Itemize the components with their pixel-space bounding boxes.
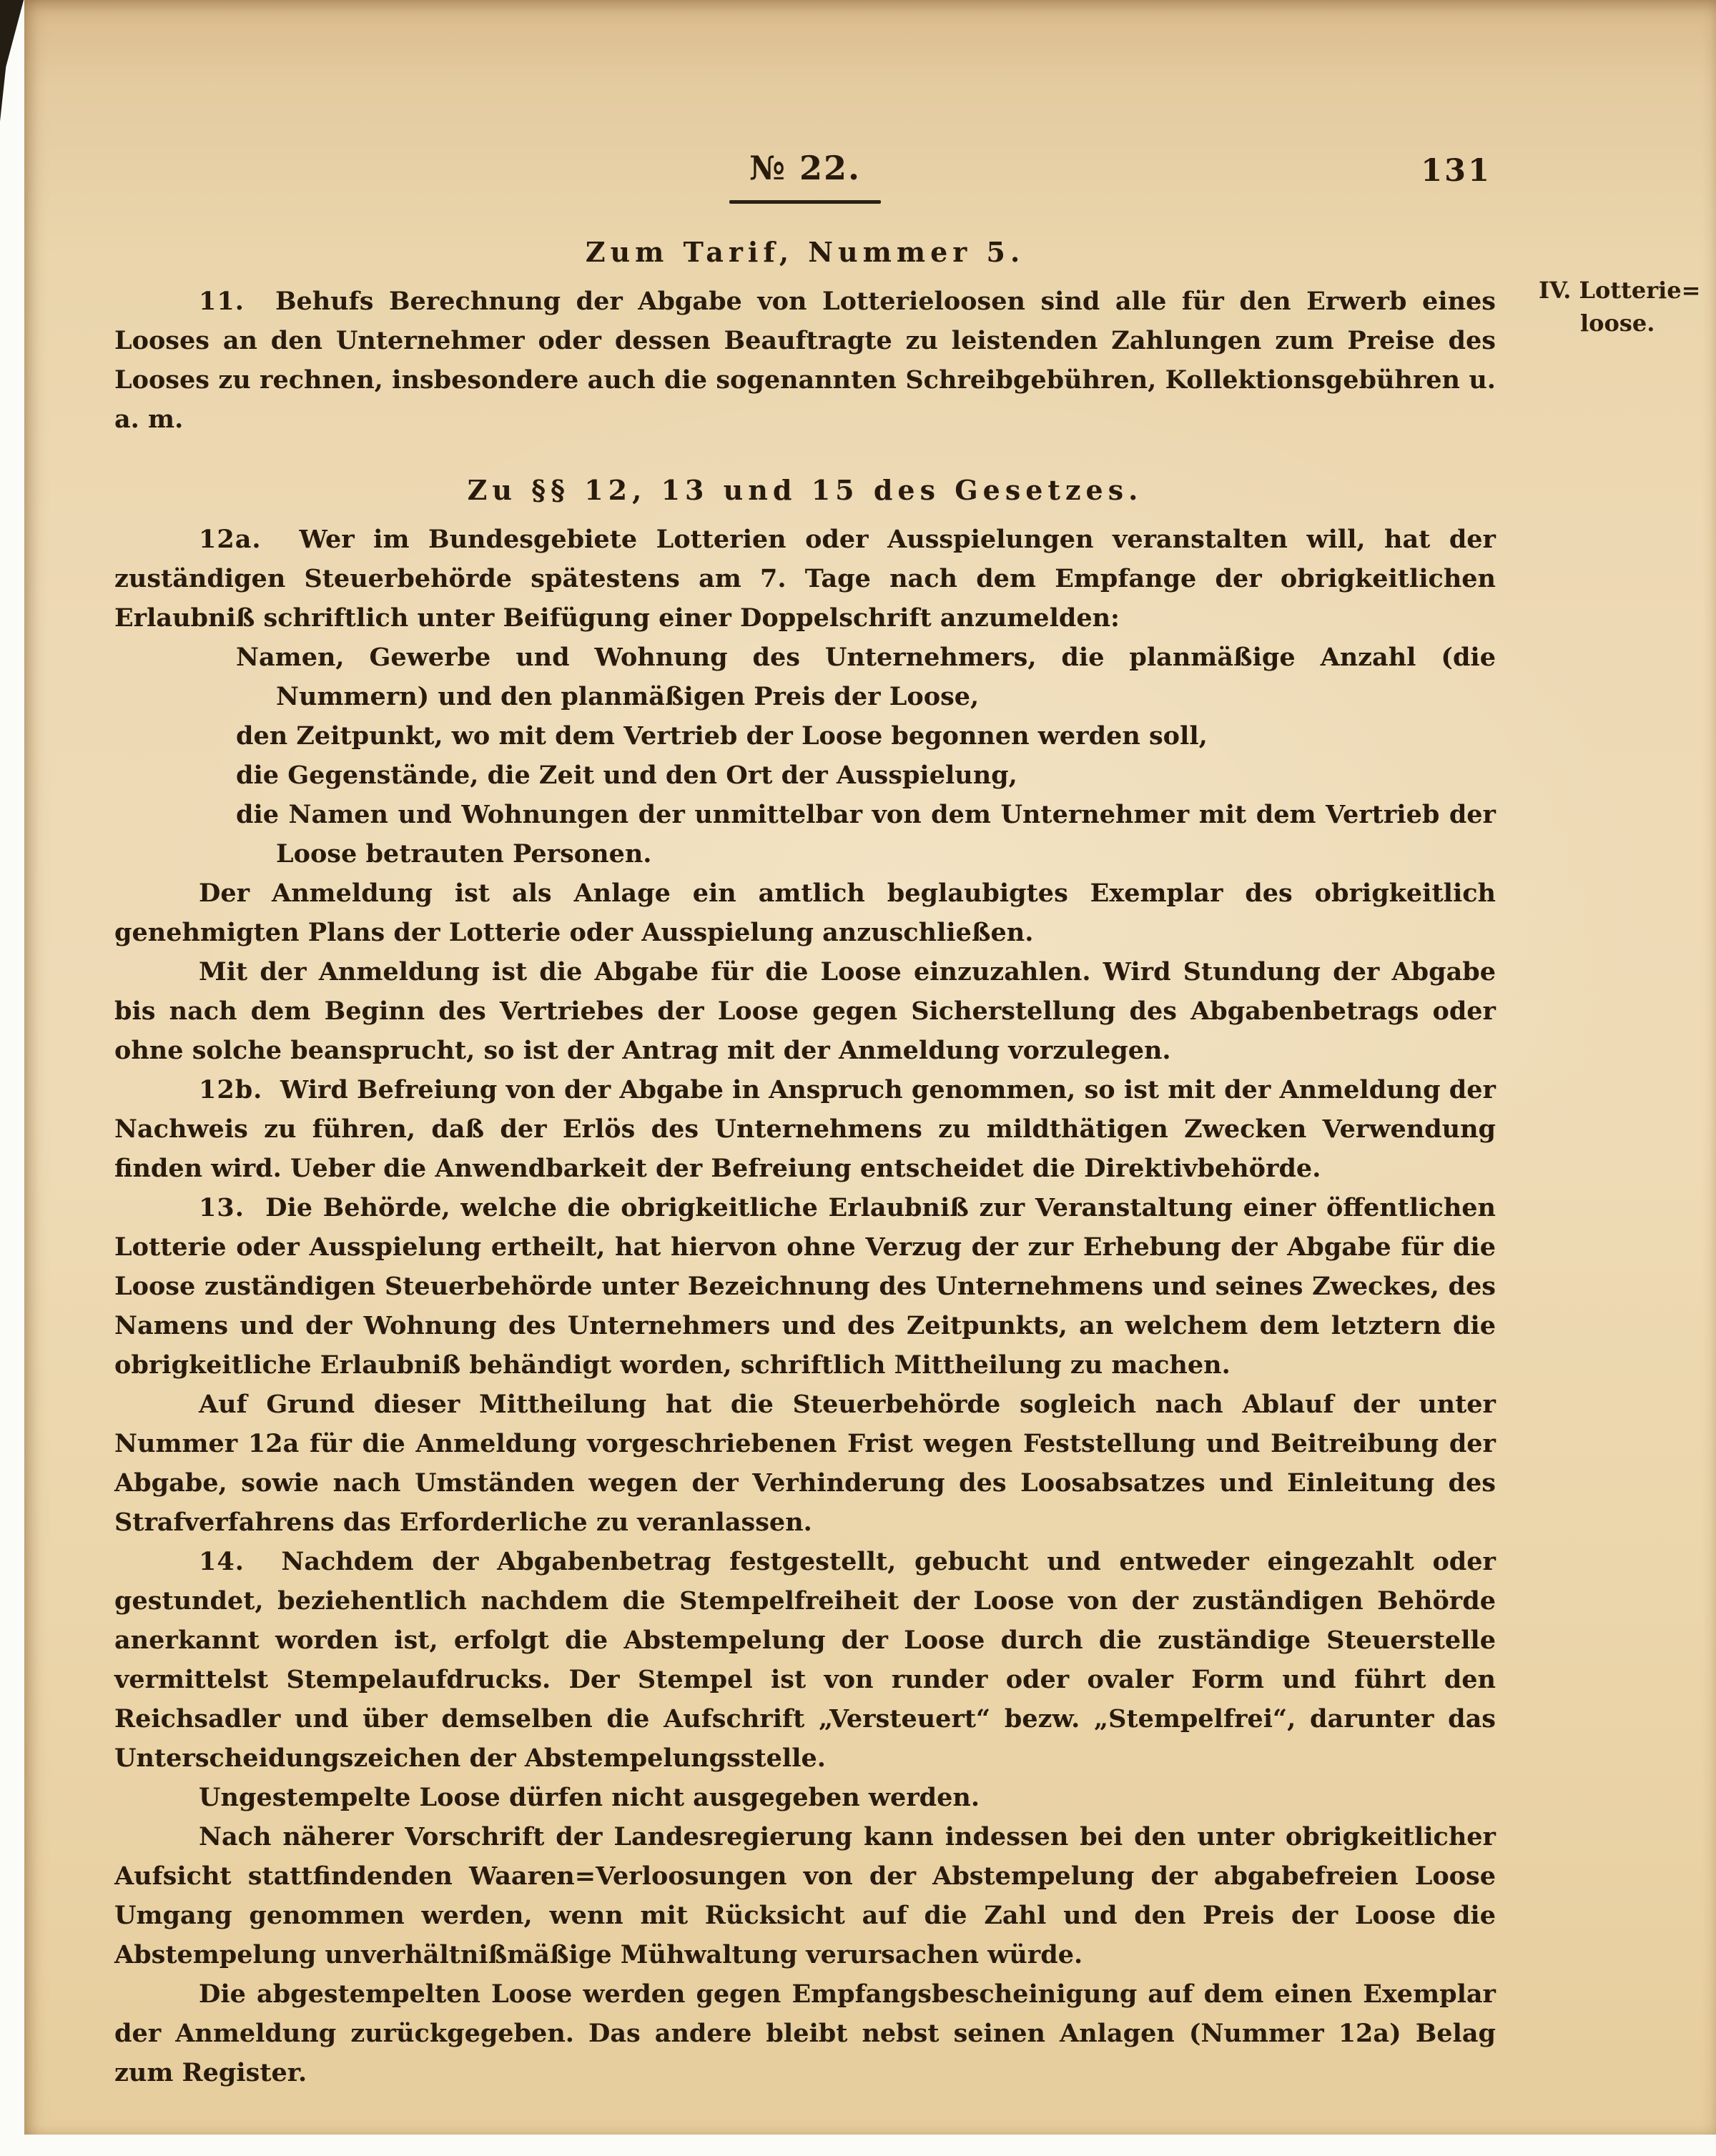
margin-note-line2: loose. <box>1539 307 1710 340</box>
paragraph-ungestempelt: Ungestempelte Loose dürfen nicht ausgege… <box>114 1778 1496 1817</box>
list-item: die Gegenstände, die Zeit und den Ort de… <box>114 756 1496 795</box>
margin-note-lotterieloose: IV. Lotterie= loose. <box>1539 274 1710 340</box>
paragraph-14-number: 14. <box>199 1547 245 1576</box>
paragraph-12a-text: Wer im Bundesgebiete Lotterien oder Auss… <box>114 525 1496 633</box>
paragraph-auf-grund: Auf Grund dieser Mittheilung hat die Ste… <box>114 1385 1496 1542</box>
list-item: die Namen und Wohnungen der unmittelbar … <box>114 795 1496 874</box>
paragraph-12b: 12b. Wird Befreiung von der Abgabe in An… <box>114 1070 1496 1188</box>
section-heading-gesetz: Zu §§ 12, 13 und 15 des Gesetzes. <box>114 470 1496 510</box>
scanned-document-page: IV. Lotterie= loose. № 22. 131 Zum Tarif… <box>0 0 1716 2156</box>
paragraph-11-number: 11. <box>199 287 245 316</box>
paragraph-14: 14. Nachdem der Abgabenbetrag festgestel… <box>114 1542 1496 1778</box>
margin-note-line1: IV. Lotterie= <box>1539 274 1710 307</box>
masthead: № 22. 131 <box>114 149 1496 193</box>
anmeldung-required-items-list: Namen, Gewerbe und Wohnung des Unternehm… <box>114 638 1496 874</box>
paragraph-anlage: Der Anmeldung ist als Anlage ein amtlich… <box>114 874 1496 952</box>
list-item: den Zeitpunkt, wo mit dem Vertrieb der L… <box>114 716 1496 756</box>
paragraph-13: 13. Die Behörde, welche die obrigkeitlic… <box>114 1188 1496 1385</box>
issue-underline-rule <box>729 200 881 204</box>
paragraph-13-number: 13. <box>199 1193 245 1222</box>
paragraph-11-text: Behufs Berechnung der Abgabe von Lotteri… <box>114 287 1496 434</box>
paragraph-12a: 12a. Wer im Bundesgebiete Lotterien oder… <box>114 520 1496 638</box>
page-number: 131 <box>1421 152 1491 191</box>
document-text-block: № 22. 131 Zum Tarif, Nummer 5. 11. Behuf… <box>114 149 1496 2092</box>
paragraph-11: 11. Behufs Berechnung der Abgabe von Lot… <box>114 282 1496 439</box>
section-heading-tarif: Zum Tarif, Nummer 5. <box>114 232 1496 272</box>
paragraph-12a-number: 12a. <box>199 525 262 554</box>
paragraph-12b-number: 12b. <box>199 1075 262 1104</box>
paragraph-ausnahme: Nach näherer Vorschrift der Landesregier… <box>114 1817 1496 1974</box>
paragraph-einzahlung: Mit der Anmeldung ist die Abgabe für die… <box>114 952 1496 1070</box>
list-item: Namen, Gewerbe und Wohnung des Unternehm… <box>114 638 1496 716</box>
issue-number: № 22. <box>114 149 1496 188</box>
paragraph-14-text: Nachdem der Abgabenbetrag festgestellt, … <box>114 1547 1496 1773</box>
paragraph-rueckgabe: Die abgestempelten Loose werden gegen Em… <box>114 1974 1496 2092</box>
paragraph-13-text: Die Behörde, welche die obrigkeitliche E… <box>114 1193 1496 1380</box>
paragraph-12b-text: Wird Befreiung von der Abgabe in Anspruc… <box>114 1075 1496 1183</box>
